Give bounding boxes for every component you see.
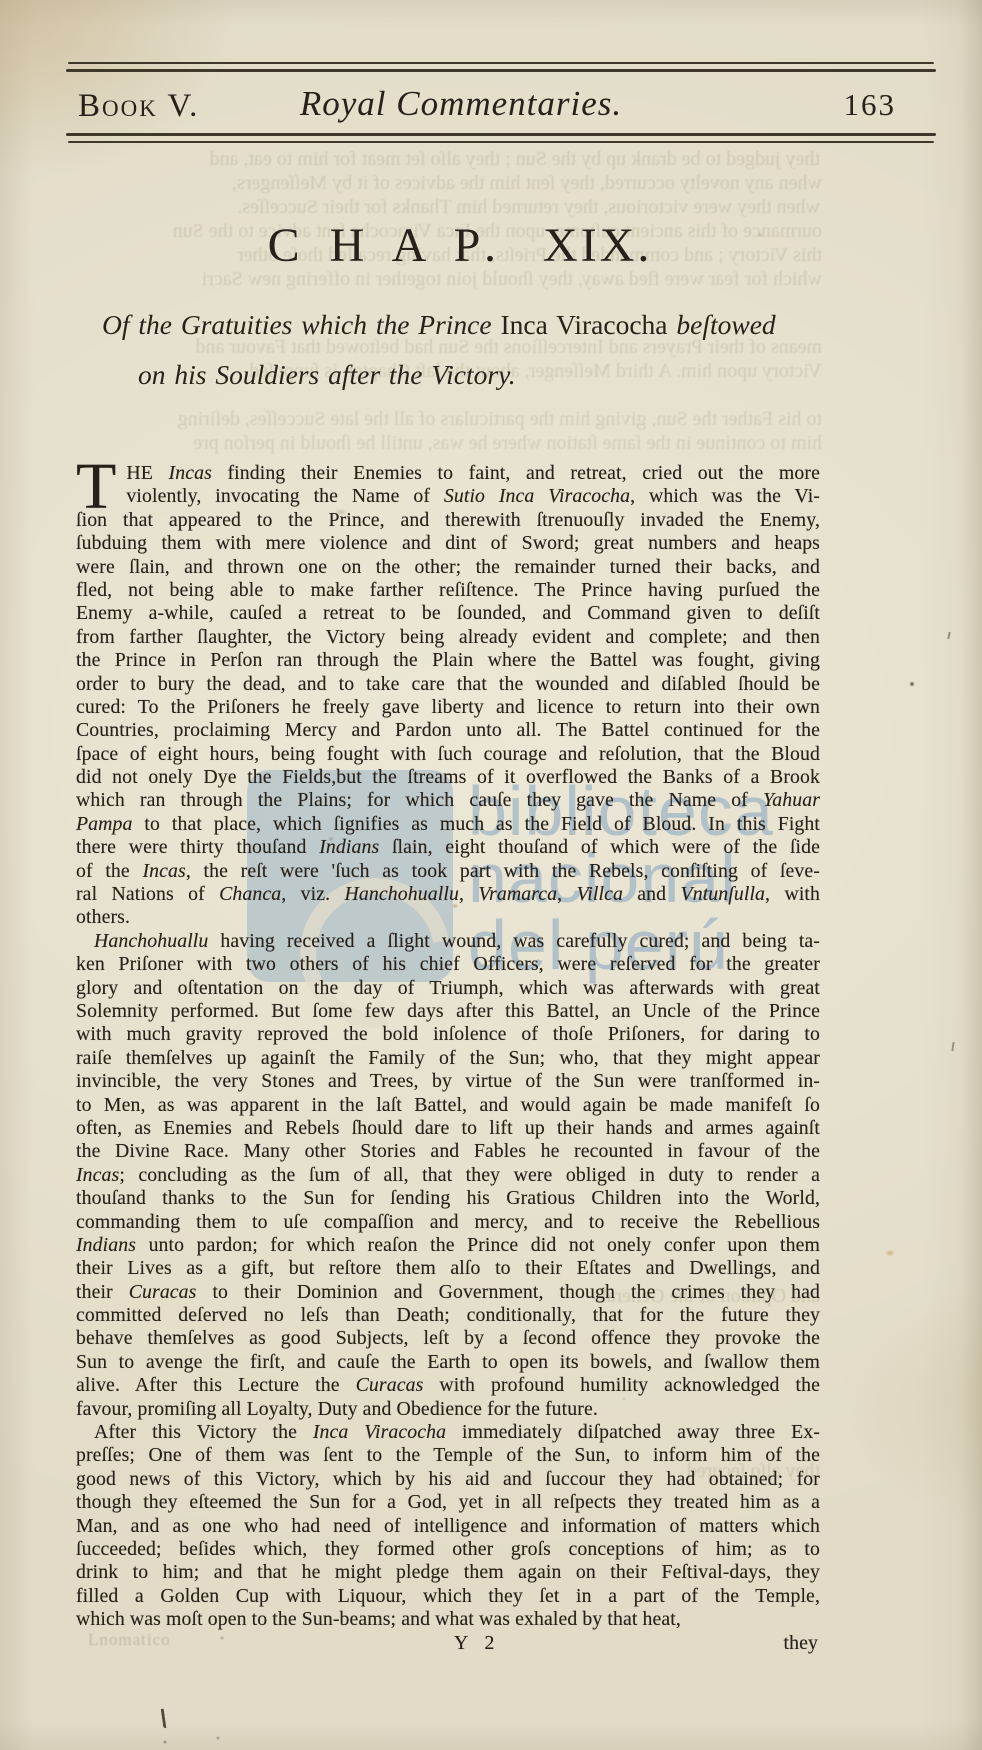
body-line: ken Priſoner with two others of his chie… [76,953,820,976]
body-line: glory and oſtentation on the day of Triu… [76,977,820,1000]
body-line: others. [76,906,820,929]
header-rule-top-thin [68,62,934,64]
body-line: committed deſerved no leſs than Death; c… [76,1304,820,1327]
body-line: from farther ſlaughter, the Victory bein… [76,626,820,649]
ghost-line: when any novelty occurred, they ſent him… [86,172,822,195]
body-line: Pampa to that place, which ſignifies as … [76,813,820,836]
argument-line: Of the Gratuities which the Prince Inca … [102,300,826,350]
body-line: ſubduing them with mere violence and din… [76,532,820,555]
header-rule-bottom-thin [68,141,934,143]
signature-mark: Y 2 [454,1632,500,1655]
body-line: Solemnity performed. But ſome few days a… [76,1000,820,1023]
body-line: fled, not being able to make farther reſ… [76,579,820,602]
body-text: THE Incas finding their Enemies to faint… [76,462,820,1655]
body-line: filled a Golden Cup with Liquour, which … [76,1585,820,1608]
signature-row: Y 2they [76,1632,820,1655]
ghost-line: to his Father the Sun, giving him the pa… [100,408,822,431]
catchword: they [784,1632,818,1655]
ink-mark [161,1707,175,1728]
body-line: which was moſt open to the Sun-beams; an… [76,1608,820,1631]
body-line: commanding them to uſe compaſſion and me… [76,1211,820,1234]
body-line: their Lives as a gift, but reſtore them … [76,1257,820,1280]
margin-tick [947,632,950,639]
body-line: there were thirty thouſand Indians ſlain… [76,836,820,859]
ghost-line: when they were victorious, they returned… [82,196,820,219]
header-rule-top-thick [66,69,936,72]
body-line: ral Nations of Chanca, viz. Hanchohuallu… [76,883,820,906]
body-line: with much gravity reproved the bold inſo… [76,1023,820,1046]
chapter-heading: C H A P. XIX. [0,218,920,273]
chapter-heading-number: XIX. [543,219,652,272]
body-line: raiſe themſelves up againſt the Family o… [76,1047,820,1070]
body-line: ſpace of eight hours, being fought with … [76,743,820,766]
body-line: drink to him; and that he might pledge t… [76,1561,820,1584]
body-line: invincible, the very Stones and Trees, b… [76,1070,820,1093]
paragraph: After this Victory the Inca Viracocha im… [76,1421,820,1632]
body-line: violently, invocating the Name of Sutio … [76,485,820,508]
running-header: Book V. Royal Commentaries. 163 [0,84,982,130]
body-line: good news of this Victory, which by his … [76,1468,820,1491]
body-line: of the Incas, the reſt were 'ſuch as too… [76,860,820,883]
drop-cap: T [76,462,116,507]
body-line: thouſand thanks to the Sun for ſending h… [76,1187,820,1210]
body-line: their Curacas to their Dominion and Gove… [76,1281,820,1304]
body-line: Countries, proclaiming Mercy and Pardon … [76,719,820,742]
ghost-line: they judged to be drank up by the Sun ; … [80,148,820,171]
body-line: often, as Enemies and Rebels ſhould dare… [76,1117,820,1140]
paragraph: Hanchohuallu having received a ſlight wo… [76,930,820,1421]
chapter-argument: Of the Gratuities which the Prince Inca … [102,300,826,400]
body-line: cured: To the Priſoners he freely gave l… [76,696,820,719]
body-line: which ran through the Plains; for which … [76,789,820,812]
body-line: favour, promiſing all Loyalty, Duty and … [76,1398,820,1421]
body-line: alive. After this Lecture the Curacas wi… [76,1374,820,1397]
body-line: order to bury the dead, and to take care… [76,673,820,696]
paragraph: THE Incas finding their Enemies to faint… [76,462,820,930]
body-line: behave themſelves as good Subjects, leſt… [76,1327,820,1350]
body-line: Hanchohuallu having received a ſlight wo… [76,930,820,953]
body-line: After this Victory the Inca Viracocha im… [76,1421,820,1444]
body-line: preſſes; One of them was ſent to the Tem… [76,1444,820,1467]
body-line: Sun to avenge the firſt, and cauſe the E… [76,1351,820,1374]
page-number: 163 [844,87,897,123]
body-line: did not onely Dye the Fields,but the ſtr… [76,766,820,789]
body-line: Man, and as one who had need of intellig… [76,1515,820,1538]
body-line: ſucceeded; beſides which, they formed ot… [76,1538,820,1561]
ghost-line: him to continue in the ſame ſtation wher… [104,432,822,455]
header-rule-bottom-thick [66,133,936,136]
book-page-scan: they judged to be drank up by the Sun ; … [0,0,982,1750]
body-line: Incas; concluding as the ſum of all, tha… [76,1164,820,1187]
chapter-heading-label: C H A P. [268,219,505,272]
body-line: to Men, as was apparent in the laſt Batt… [76,1094,820,1117]
argument-line: on his Souldiers after the Victory. [102,350,826,400]
body-line: ſion that appeared to the Prince, and th… [76,509,820,532]
body-line: were ſlain, and thrown one on the other;… [76,556,820,579]
running-title: Royal Commentaries. [0,84,922,124]
body-line: the Prince in Perſon ran through the Pla… [76,649,820,672]
body-line: though they eſteemed the Sun for a God, … [76,1491,820,1514]
body-line: Enemy a-while, cauſed a retreat to be ſo… [76,602,820,625]
body-line: Indians unto pardon; for which reaſon th… [76,1234,820,1257]
body-line: HE Incas finding their Enemies to faint,… [76,462,820,485]
margin-tick [951,1042,954,1051]
body-line: the Divine Race. Many other Stories and … [76,1140,820,1163]
